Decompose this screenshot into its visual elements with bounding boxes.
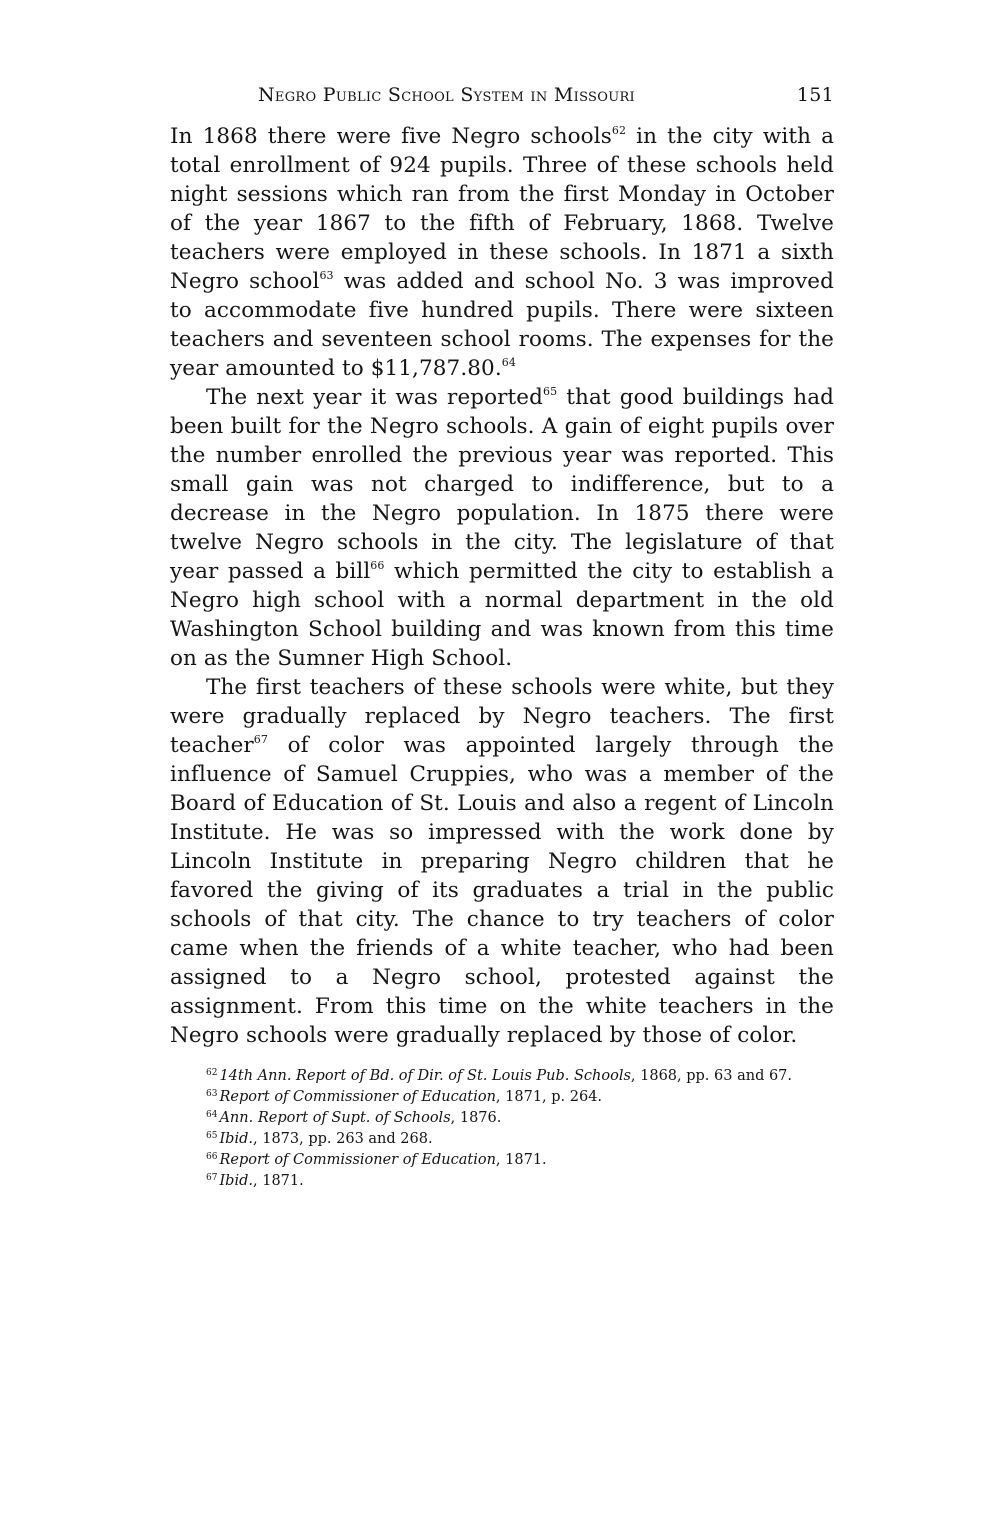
- running-head: Negro Public School System in Missouri 1…: [170, 84, 834, 122]
- footnote-number: 65: [206, 1131, 217, 1141]
- footnote-reference: 64: [502, 356, 516, 369]
- footnote-reference: 62: [612, 124, 626, 137]
- footnote: 64Ann. Report of Supt. of Schools, 1876.: [170, 1108, 834, 1129]
- body-text: In 1868 there were five Negro schools62 …: [170, 122, 834, 1050]
- footnote: 67Ibid., 1871.: [170, 1171, 834, 1192]
- footnote-number: 64: [206, 1110, 217, 1120]
- footnote-citation: Ibid.: [219, 1131, 253, 1147]
- footnote-number: 67: [206, 1173, 217, 1183]
- footnote-reference: 63: [319, 269, 333, 282]
- footnote-citation: Report of Commissioner of Education: [219, 1089, 495, 1105]
- paragraph: In 1868 there were five Negro schools62 …: [170, 122, 834, 383]
- footnote-citation: Ibid.: [219, 1173, 253, 1189]
- footnote: 65Ibid., 1873, pp. 263 and 268.: [170, 1129, 834, 1150]
- paragraph: The first teachers of these schools were…: [170, 673, 834, 1050]
- footnote-number: 63: [206, 1089, 217, 1099]
- footnote: 63Report of Commissioner of Education, 1…: [170, 1087, 834, 1108]
- running-title: Negro Public School System in Missouri: [258, 84, 635, 106]
- footnotes: 6214th Ann. Report of Bd. of Dir. of St.…: [170, 1066, 834, 1192]
- footnote-citation: 14th Ann. Report of Bd. of Dir. of St. L…: [219, 1068, 630, 1084]
- footnote-citation: Ann. Report of Supt. of Schools: [219, 1110, 450, 1126]
- footnote-reference: 66: [370, 559, 384, 572]
- footnote-reference: 67: [254, 733, 268, 746]
- book-page: Negro Public School System in Missouri 1…: [170, 84, 834, 1192]
- footnote: 6214th Ann. Report of Bd. of Dir. of St.…: [170, 1066, 834, 1087]
- footnote-number: 66: [206, 1152, 217, 1162]
- footnote-number: 62: [206, 1068, 217, 1078]
- footnote-citation: Report of Commissioner of Education: [219, 1152, 495, 1168]
- footnote: 66Report of Commissioner of Education, 1…: [170, 1150, 834, 1171]
- footnote-reference: 65: [543, 385, 557, 398]
- paragraph: The next year it was reported65 that goo…: [170, 383, 834, 673]
- page-number: 151: [797, 84, 834, 106]
